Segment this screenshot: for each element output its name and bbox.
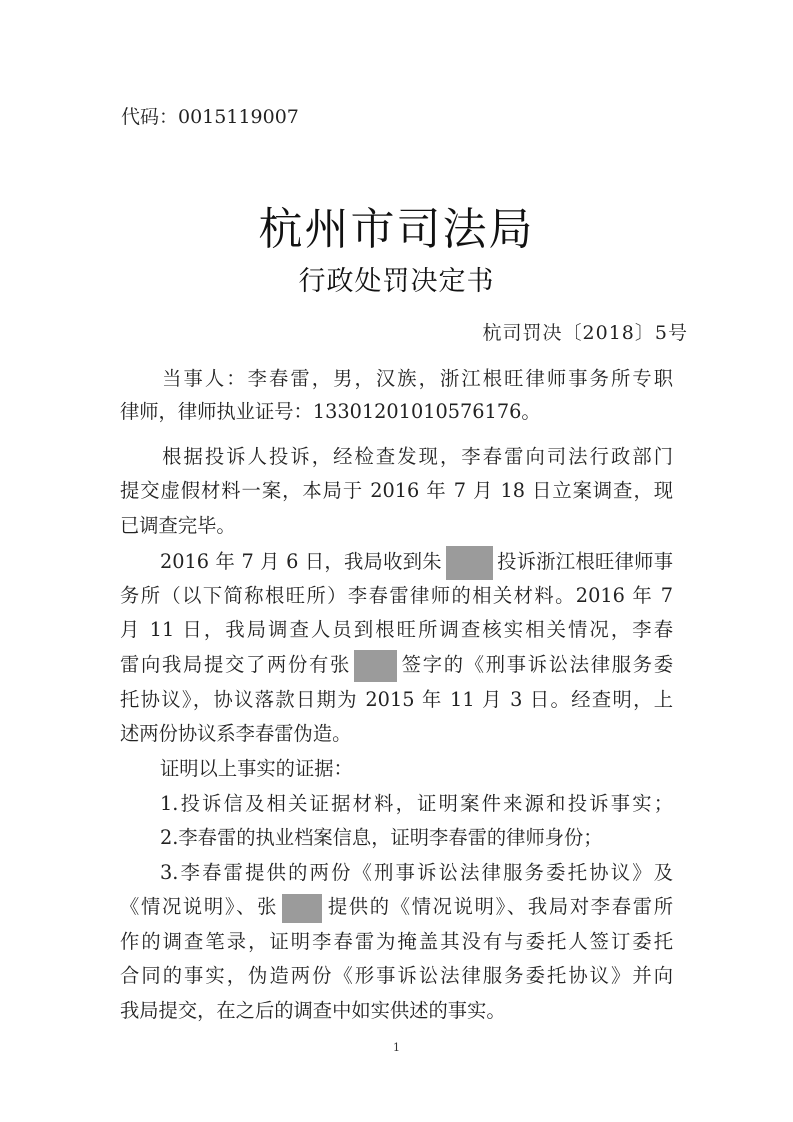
text: 2.李春雷的执业档案信息，证明李春雷的律师身份； (160, 826, 603, 849)
evidence-heading: 证明以上事实的证据： (120, 754, 673, 784)
facts-line-6: 述两份协议系李春雷伪造。 (120, 719, 673, 749)
party-line-2: 律师，律师执业证号：13301201010576176。 (120, 397, 673, 427)
page-number: 1 (0, 1041, 793, 1054)
text: 证明以上事实的证据： (160, 757, 353, 780)
document-type-subtitle: 行政处罚决定书 (0, 262, 793, 302)
party-line-1: 当事人：李春雷，男，汉族，浙江根旺律师事务所专职 (120, 364, 673, 394)
text: 当事人：李春雷，男，汉族，浙江根旺律师事务所专职 (160, 367, 673, 390)
text: 1.投诉信及相关证据材料，证明案件来源和投诉事实； (160, 792, 673, 815)
evidence-item-3-line-4: 合同的事实，伪造两份《形事诉讼法律服务委托协议》并向 (120, 961, 673, 991)
text: 根据投诉人投诉，经检查发现，李春雷向司法行政部门 (160, 445, 673, 468)
evidence-item-3-line-3: 作的调查笔录，证明李春雷为掩盖其没有与委托人签订委托 (120, 927, 673, 957)
evidence-item-2: 2.李春雷的执业档案信息，证明李春雷的律师身份； (120, 823, 673, 853)
redacted-name-box (282, 894, 322, 923)
facts-line-2: 务所（以下简称根旺所）李春雷律师的相关材料。2016 年 7 (120, 581, 673, 611)
evidence-item-3-line-5: 我局提交，在之后的调查中如实供述的事实。 (120, 996, 673, 1026)
text: 提供的《情况说明》、我局对李春雷所 (326, 895, 673, 918)
evidence-item-1: 1.投诉信及相关证据材料，证明案件来源和投诉事实； (120, 789, 673, 819)
text: 3.李春雷提供的两份《刑事诉讼法律服务委托协议》及 (160, 861, 673, 884)
intro-line-1: 根据投诉人投诉，经检查发现，李春雷向司法行政部门 (120, 442, 673, 472)
issuing-authority-title: 杭州市司法局 (0, 200, 793, 260)
redacted-name-box (354, 650, 397, 682)
evidence-item-3-line-2: 《情况说明》、张提供的《情况说明》、我局对李春雷所 (120, 892, 673, 923)
facts-line-3: 月 11 日，我局调查人员到根旺所调查核实相关情况，李春 (120, 615, 673, 645)
intro-line-2: 提交虚假材料一案，本局于 2016 年 7 月 18 日立案调查，现 (120, 476, 673, 506)
text: 投诉浙江根旺律师事 (497, 550, 673, 573)
facts-line-1: 2016 年 7 月 6 日，我局收到朱投诉浙江根旺律师事 (120, 546, 673, 580)
text: 2016 年 7 月 6 日，我局收到朱 (160, 550, 442, 573)
document-page: 代码：0015119007 杭州市司法局 行政处罚决定书 杭司罚决〔2018〕5… (0, 0, 793, 1122)
document-code: 代码：0015119007 (121, 103, 299, 131)
text: 签字的《刑事诉讼法律服务委 (400, 653, 673, 676)
facts-line-4: 雷向我局提交了两份有张签字的《刑事诉讼法律服务委 (120, 650, 673, 682)
evidence-item-3-line-1: 3.李春雷提供的两份《刑事诉讼法律服务委托协议》及 (120, 858, 673, 888)
document-number: 杭司罚决〔2018〕5号 (483, 318, 688, 348)
text: 《情况说明》、张 (120, 895, 278, 918)
redacted-name-box (446, 546, 493, 580)
facts-line-5: 托协议》，协议落款日期为 2015 年 11 月 3 日。经查明，上 (120, 685, 673, 715)
text: 雷向我局提交了两份有张 (120, 653, 351, 676)
intro-line-3: 已调查完毕。 (120, 511, 673, 541)
